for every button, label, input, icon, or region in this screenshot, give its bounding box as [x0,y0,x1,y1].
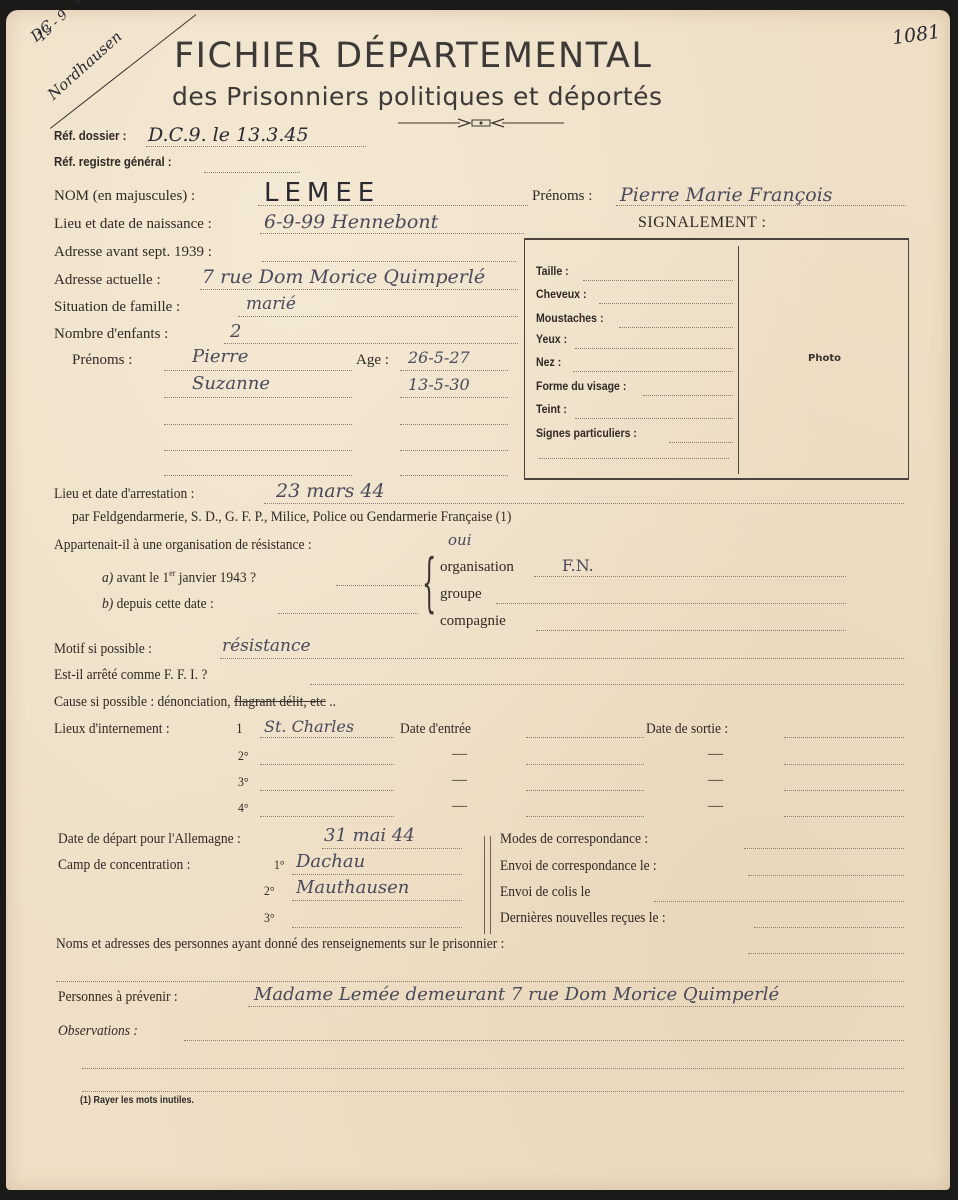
resistance-label: Appartenait-il à une organisation de rés… [54,537,312,554]
ref-dossier-field[interactable]: D.C.9. le 13.3.45 [148,124,309,146]
ref-registre-field[interactable] [204,172,300,173]
internment-dash-2: — [708,772,723,789]
child-prenom-field[interactable]: Pierre [192,346,248,367]
child-age-line [400,450,508,451]
camp-num: 2° [264,883,275,899]
nom-label: NOM (en majuscules) : [54,188,195,205]
camp-field[interactable]: Mauthausen [296,877,409,898]
internment-num: 2° [238,748,249,764]
adresse-actuelle-line [200,289,518,290]
enfants-label: Nombre d'enfants : [54,326,168,343]
signalement-field[interactable] [583,280,733,281]
signalement-field[interactable] [643,395,733,396]
organisation-line [534,576,846,577]
child-prenom-line [164,370,352,371]
envoi-corr-field[interactable] [748,875,904,876]
colis-field[interactable] [654,901,904,902]
internment-lieu-line [260,737,394,738]
arrestation-label: Lieu et date d'arrestation : [54,486,194,503]
internment-lieu-line [260,816,394,817]
compagnie-label: compagnie [440,613,506,630]
avant-text: avant le 1 [113,570,169,586]
nom-field[interactable]: LEMEE [264,178,380,208]
signalement-field[interactable] [575,348,733,349]
org-brace: { [422,546,436,620]
record-card: DC 13 - 9 - 4 Nordhausen 1081 FICHIER DÉ… [6,10,950,1190]
avant-rest: janvier 1943 ? [175,570,256,586]
prevenir-line [248,1006,904,1007]
camp-line [292,927,462,928]
signalement-label: Teint : [536,402,567,416]
child-prenom-line [164,475,352,476]
signalement-label: Yeux : [536,332,567,346]
footnote: (1) Rayer les mots inutiles. [80,1095,194,1106]
signalement-field[interactable] [599,303,733,304]
date-sortie-label: Date de sortie : [646,721,728,738]
signalement-field[interactable] [573,371,733,372]
cause-tail: .. [326,694,336,710]
motif-line [220,658,904,659]
signalement-label: Forme du visage : [536,379,626,393]
internment-lieu-field[interactable]: St. Charles [264,717,354,736]
section-double-divider [484,836,491,934]
corner-note-camp: Nordhausen [44,27,125,103]
child-age-field[interactable]: 13-5-30 [408,375,470,394]
signalement-label: Cheveux : [536,287,586,301]
adresse-avant-field[interactable] [262,261,516,262]
child-age-line [400,397,508,398]
signalement-label: Signes particuliers : [536,426,637,440]
internment-num: 4° [238,800,249,816]
enfants-age-label: Age : [356,352,389,369]
situation-label: Situation de famille : [54,299,180,316]
depuis-prefix: b) [102,596,113,612]
camp-field[interactable]: Dachau [296,851,365,872]
photo-placeholder[interactable]: Photo [808,353,841,364]
adresse-actuelle-field[interactable]: 7 rue Dom Morice Quimperlé [202,266,485,288]
observations-line-3[interactable] [82,1091,904,1092]
situation-line [238,316,518,317]
signalement-label: Taille : [536,264,569,278]
motif-label: Motif si possible : [54,641,152,658]
title-ornament-icon [398,116,564,130]
internment-entree-field[interactable] [526,764,644,765]
page-subtitle: des Prisonniers politiques et déportés [172,82,663,111]
depart-field[interactable]: 31 mai 44 [324,825,415,846]
internment-num: 1 [236,721,243,738]
prenoms-field[interactable]: Pierre Marie François [620,184,833,206]
enfants-prenoms-label: Prénoms : [72,352,132,369]
cause-text: Cause si possible : dénonciation, [54,694,231,710]
organisation-field[interactable]: F.N. [562,556,594,575]
cause-struck-text: flagrant délit, etc [234,694,326,710]
observations-label: Observations : [58,1023,138,1040]
observations-field[interactable] [184,1040,904,1041]
prevenir-field[interactable]: Madame Lemée demeurant 7 rue Dom Morice … [254,984,779,1005]
internment-dash-1: — [452,746,467,763]
signalement-label: Nez : [536,355,561,369]
prevenir-label: Personnes à prévenir : [58,989,178,1006]
internment-dash-2: — [708,798,723,815]
page-title: FICHIER DÉPARTEMENTAL [174,36,652,76]
renseignements-label: Noms et adresses des personnes ayant don… [56,936,504,953]
child-age-line [400,475,508,476]
observations-line-2[interactable] [82,1068,904,1069]
compagnie-field[interactable] [536,630,846,631]
organisation-label: organisation [440,559,514,576]
renseignements-field[interactable] [748,953,904,954]
signalement-field[interactable] [619,327,733,328]
avant-prefix: a) [102,570,113,586]
colis-label: Envoi de colis le [500,884,590,901]
child-age-field[interactable]: 26-5-27 [408,348,470,367]
cause-label: Cause si possible : dénonciation, flagra… [54,694,336,711]
signalement-label: Moustaches : [536,311,603,325]
internment-dash-1: — [452,798,467,815]
ffi-label: Est-il arrêté comme F. F. I. ? [54,667,207,684]
modes-field[interactable] [744,848,904,849]
adresse-actuelle-label: Adresse actuelle : [54,272,161,289]
child-age-line [400,370,508,371]
camp-label: Camp de concentration : [58,857,190,874]
modes-label: Modes de correspondance : [500,831,648,848]
camp-num: 1° [274,857,285,873]
camp-num: 3° [264,910,275,926]
nouvelles-label: Dernières nouvelles reçues le : [500,910,666,927]
nouvelles-field[interactable] [754,927,904,928]
signes-extra-line [539,458,729,459]
child-age-line [400,424,508,425]
internment-sortie-field[interactable] [784,764,904,765]
arrestation-field[interactable]: 23 mars 44 [276,480,385,502]
signalement-heading: SIGNALEMENT : [638,214,766,232]
child-prenom-line [164,424,352,425]
date-entree-label: Date d'entrée [400,721,471,738]
internment-sortie-field[interactable] [784,790,904,791]
depuis-text: depuis cette date : [113,596,213,612]
ref-dossier-label: Réf. dossier : [54,128,126,143]
internment-entree-field[interactable] [526,816,644,817]
photo-divider [738,246,739,474]
arrestation-line [264,503,904,504]
child-prenom-field[interactable]: Suzanne [192,373,270,394]
signalement-field[interactable] [575,418,733,419]
internment-dash-2: — [708,746,723,763]
internment-lieu-line [260,764,394,765]
envoi-corr-label: Envoi de correspondance le : [500,858,657,875]
camp-line [292,900,462,901]
groupe-label: groupe [440,586,482,603]
internment-sortie-field[interactable] [784,816,904,817]
internment-entree-field[interactable] [526,737,644,738]
internment-dash-1: — [452,772,467,789]
child-prenom-line [164,450,352,451]
naissance-label: Lieu et date de naissance : [54,216,212,233]
ref-registre-label: Réf. registre général : [54,154,172,169]
depart-line [322,848,462,849]
avant-1943-field[interactable] [336,585,422,586]
camp-line [292,874,462,875]
internment-sortie-field[interactable] [784,737,904,738]
internment-num: 3° [238,774,249,790]
internement-label: Lieux d'internement : [54,721,170,738]
enfants-line [224,343,518,344]
resistance-field[interactable]: oui [448,531,472,549]
renseignements-line-2[interactable] [56,981,904,982]
depuis-label: b) depuis cette date : [102,596,214,613]
situation-field[interactable]: marié [246,294,296,314]
ffi-field[interactable] [310,684,904,685]
card-number: 1081 [891,21,942,50]
internment-lieu-line [260,790,394,791]
adresse-avant-label: Adresse avant sept. 1939 : [54,244,212,261]
depuis-field[interactable] [278,613,418,614]
naissance-line [260,233,524,234]
prenoms-label: Prénoms : [532,188,592,205]
naissance-field[interactable]: 6-9-99 Hennebont [264,211,438,233]
groupe-field[interactable] [496,603,846,604]
internment-entree-field[interactable] [526,790,644,791]
arrest-authority-label: par Feldgendarmerie, S. D., G. F. P., Mi… [72,509,511,526]
signalement-box: Taille :Cheveux :Moustaches :Yeux :Nez :… [524,238,909,480]
enfants-field[interactable]: 2 [230,321,241,342]
signalement-field[interactable] [669,442,733,443]
motif-field[interactable]: résistance [222,636,311,656]
child-prenom-line [164,397,352,398]
depart-label: Date de départ pour l'Allemagne : [58,831,241,848]
ref-dossier-line [146,146,366,147]
avant-1943-label: a) avant le 1er janvier 1943 ? [102,568,256,587]
